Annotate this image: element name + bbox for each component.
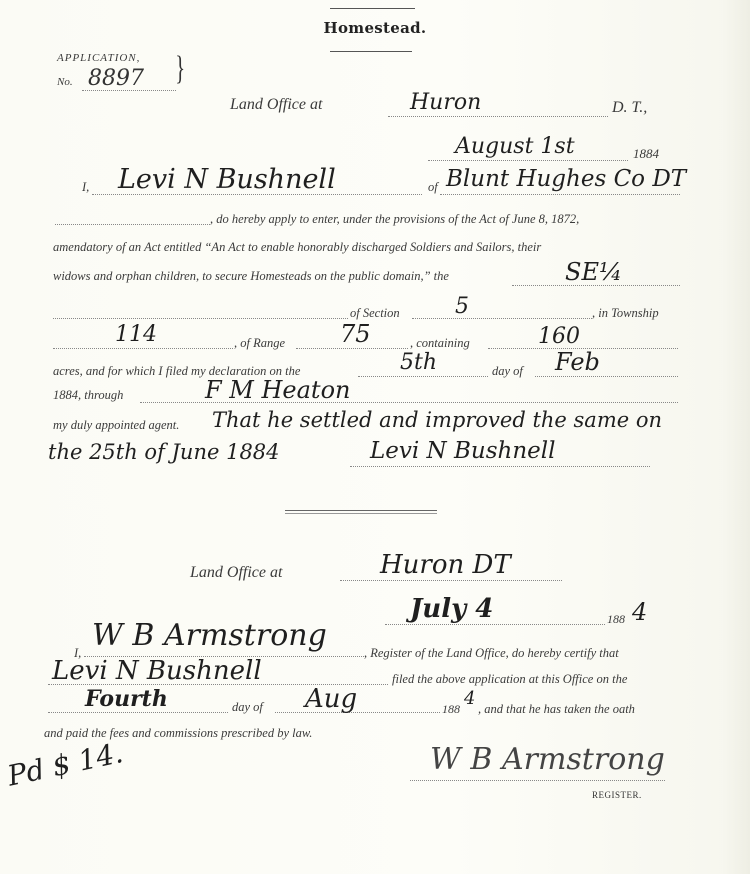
territory-label: D. T., <box>612 99 647 117</box>
register-signature-line <box>410 780 665 781</box>
filed-text: filed the above application at this Offi… <box>392 672 627 687</box>
cert-land-office-label: Land Office at <box>190 564 282 582</box>
range-value: 75 <box>340 320 371 348</box>
application-year: 1884 <box>633 146 659 162</box>
through-text: 1884, through <box>53 388 123 403</box>
appointed-agent-text: my duly appointed agent. <box>53 418 179 433</box>
section-divider <box>285 510 437 511</box>
margin-payment-note: Pd $ 14. <box>5 736 126 793</box>
day-of-label: day of <box>492 364 523 379</box>
brace: } <box>175 50 185 88</box>
settlement-note-1: That he settled and improved the same on <box>212 408 662 432</box>
section-pre-line <box>53 318 348 319</box>
containing-label: , containing <box>410 336 470 351</box>
document-title: Homestead. <box>0 19 750 37</box>
page-edge <box>722 0 750 874</box>
cert-applicant-name: Levi N Bushnell <box>52 656 262 686</box>
filed-year-suffix: 4 <box>464 688 475 709</box>
land-office-value: Huron <box>410 90 481 115</box>
register-signature: W B Armstrong <box>430 742 665 777</box>
land-office-label: Land Office at <box>230 96 322 114</box>
filed-day: Fourth <box>85 686 168 712</box>
amendatory-text: amendatory of an Act entitled “An Act to… <box>53 240 541 255</box>
section-divider-2 <box>285 513 437 514</box>
filed-month-line <box>275 712 440 713</box>
cert-year-prefix: 188 <box>607 612 625 627</box>
agent-name: F M Heaton <box>205 376 350 404</box>
residence-line <box>440 194 680 195</box>
settlement-note-2: the 25th of June 1884 <box>48 440 280 464</box>
top-rule <box>330 8 415 9</box>
of-label: of <box>428 180 438 195</box>
date-line <box>428 160 628 161</box>
fees-text: and paid the fees and commissions prescr… <box>44 726 312 741</box>
signature-line <box>350 466 650 467</box>
filed-day-line <box>48 712 228 713</box>
title-underline <box>330 51 412 52</box>
cert-date-line <box>385 624 605 625</box>
filed-year-prefix: 188 <box>442 702 460 717</box>
register-text: , Register of the Land Office, do hereby… <box>364 646 619 661</box>
register-label: REGISTER. <box>592 790 642 800</box>
township-line <box>53 348 233 349</box>
cert-date: July 4 <box>410 594 493 624</box>
blank-line <box>55 224 210 225</box>
declaration-month: Feb <box>555 348 600 376</box>
declaration-day: 5th <box>400 350 437 375</box>
acres-value: 160 <box>538 324 580 349</box>
widows-text: widows and orphan children, to secure Ho… <box>53 269 449 284</box>
oath-text: , and that he has taken the oath <box>478 702 635 717</box>
range-line <box>296 348 408 349</box>
land-office-line <box>388 116 608 117</box>
residence: Blunt Hughes Co DT <box>446 166 686 192</box>
decl-month-line <box>535 376 678 377</box>
application-date: August 1st <box>455 134 575 159</box>
township-value: 114 <box>115 322 157 347</box>
decl-day-line <box>358 376 488 377</box>
of-range-label: , of Range <box>234 336 285 351</box>
applicant-signature: Levi N Bushnell <box>370 438 555 464</box>
filed-month: Aug <box>305 684 357 714</box>
apply-text: , do hereby apply to enter, under the pr… <box>210 212 579 227</box>
quarter-value: SE¼ <box>565 258 622 286</box>
cert-land-office-line <box>340 580 562 581</box>
in-township-label: , in Township <box>592 306 659 321</box>
application-number: 8897 <box>88 66 144 91</box>
document-page: Homestead. APPLICATION, No. 8897 } Land … <box>0 0 750 874</box>
of-section-label: of Section <box>350 306 400 321</box>
register-name: W B Armstrong <box>92 618 327 653</box>
cert-land-office-value: Huron DT <box>380 550 511 580</box>
application-no-label: No. <box>57 76 73 88</box>
applicant-name: Levi N Bushnell <box>118 164 336 195</box>
cert-year-suffix: 4 <box>632 598 647 626</box>
section-line <box>412 318 592 319</box>
i-label: I, <box>82 180 89 195</box>
section-value: 5 <box>455 294 469 319</box>
cert-day-of-label: day of <box>232 700 263 715</box>
application-label: APPLICATION, <box>57 52 140 64</box>
